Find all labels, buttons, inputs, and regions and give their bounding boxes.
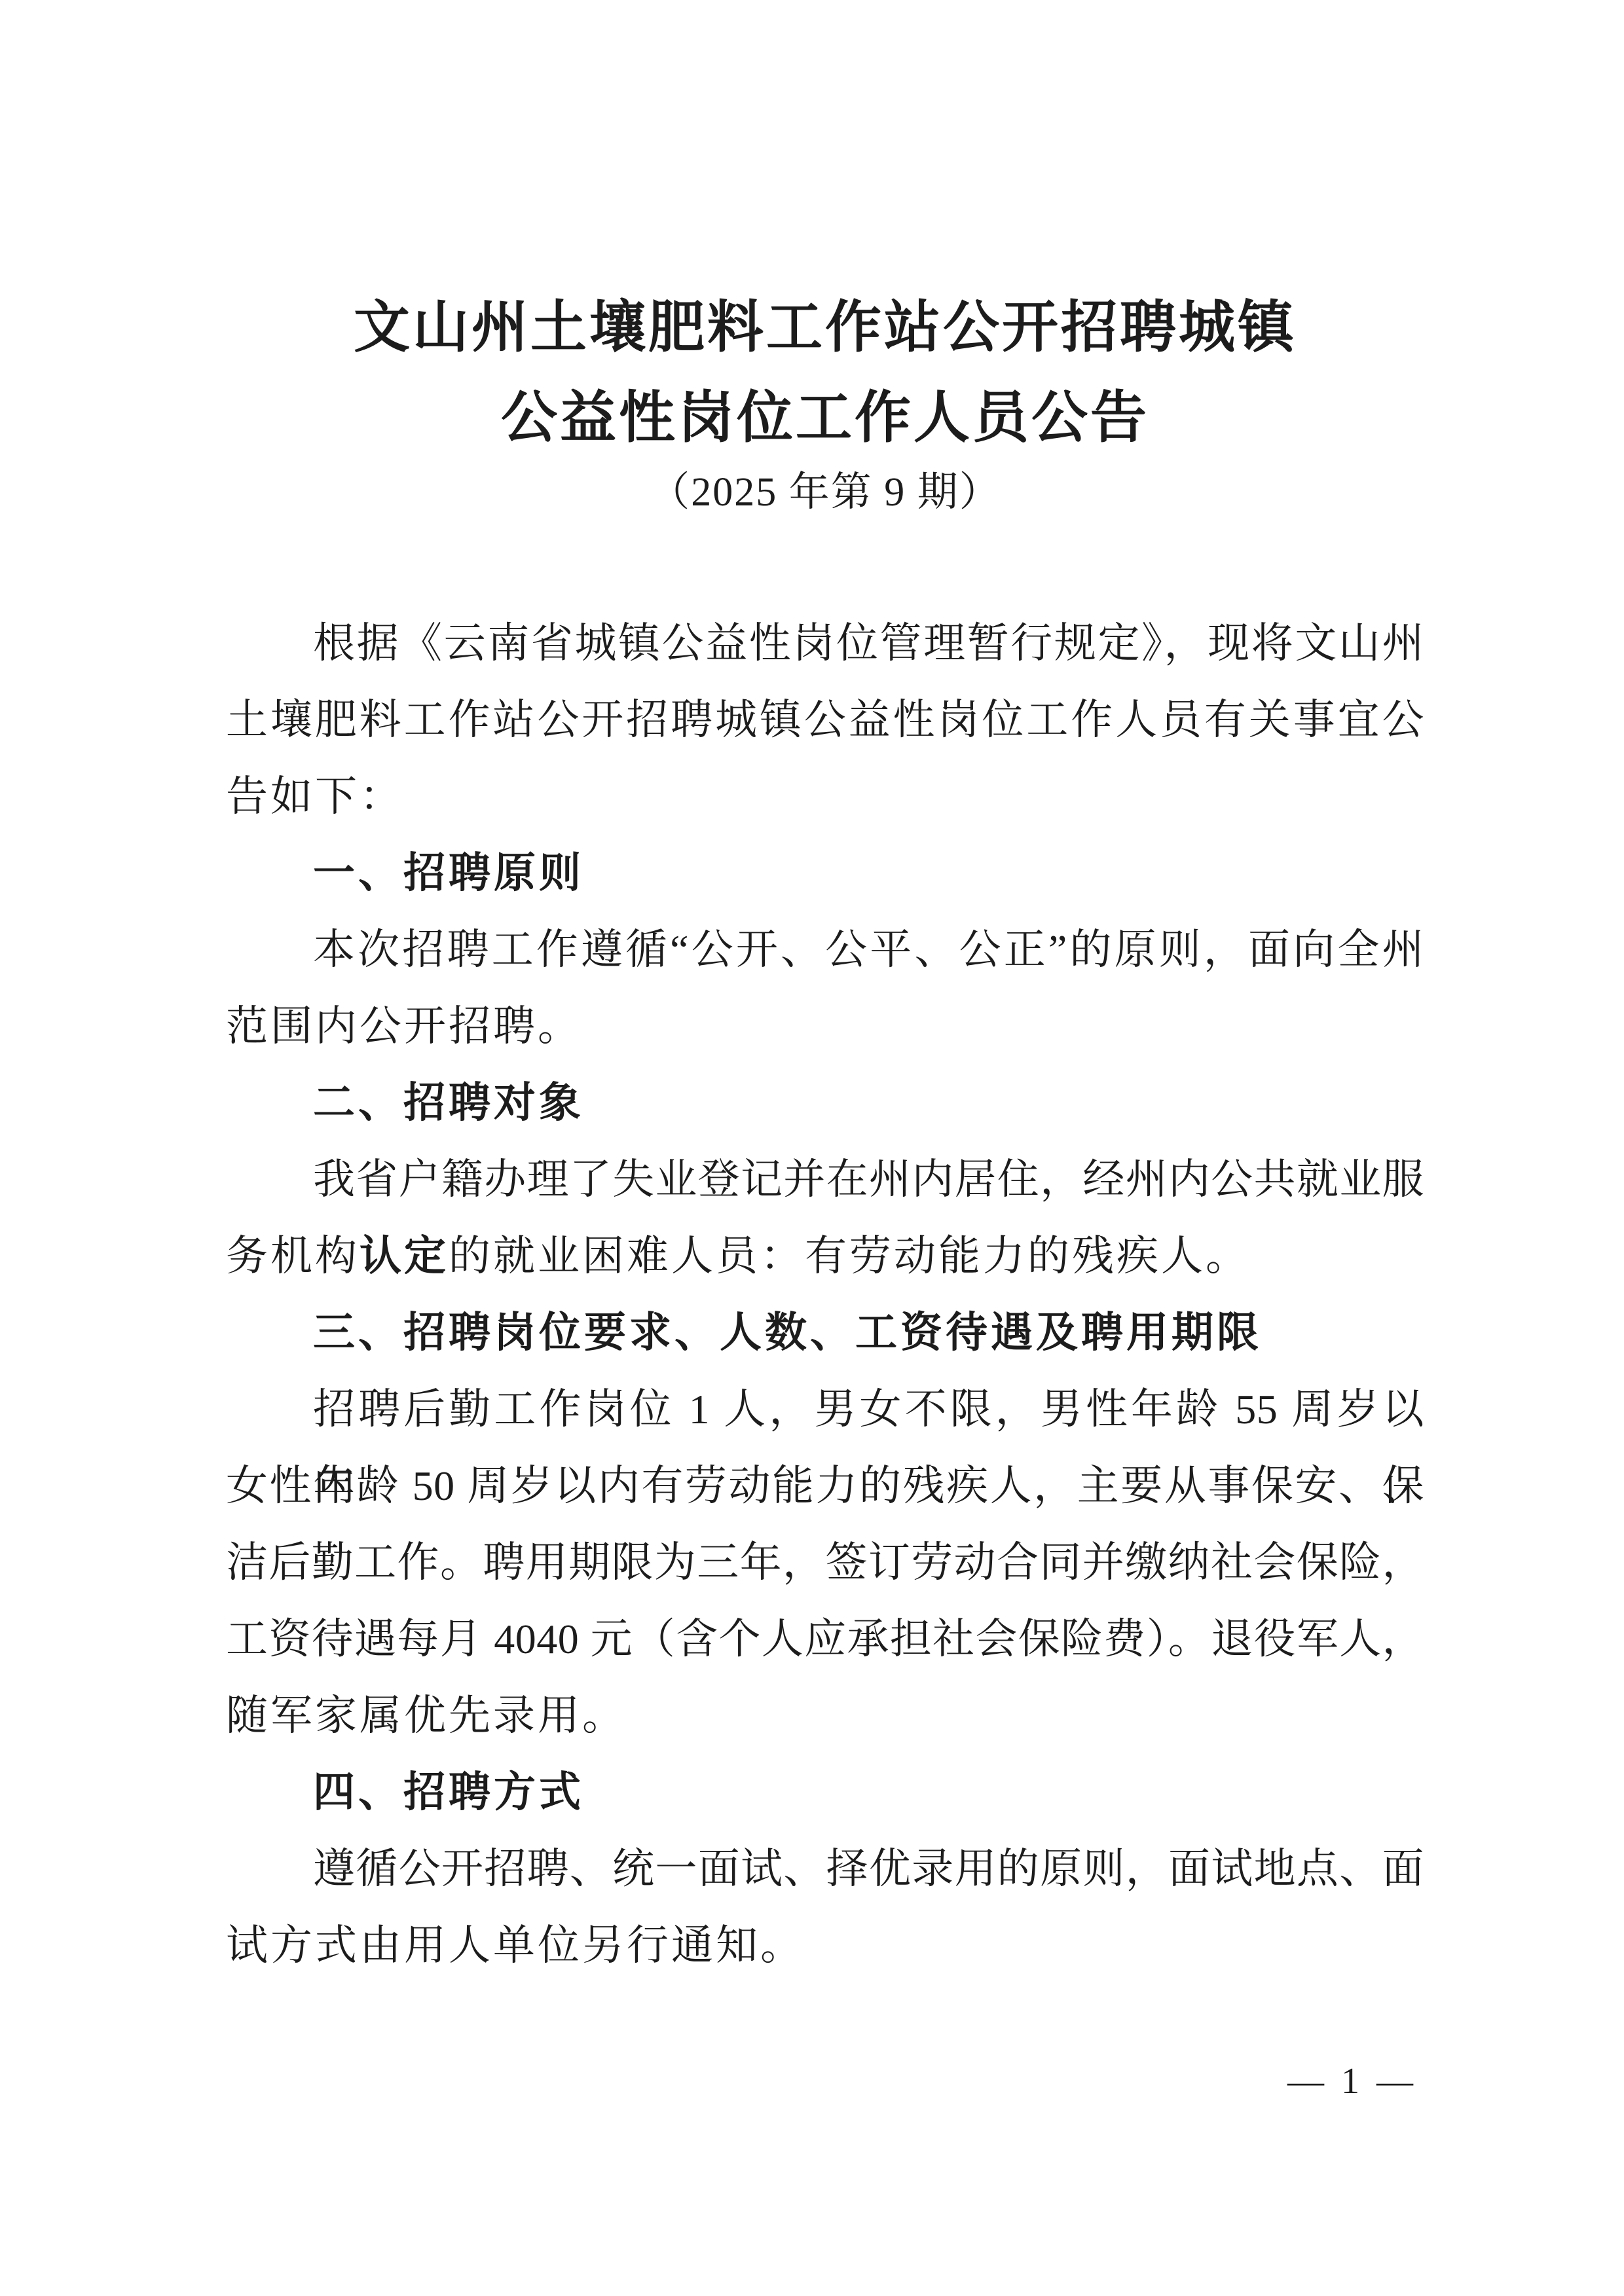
text-segment: 女性年龄 50 周岁以内有劳动能力的残疾人，主要从事保安、保 <box>226 1463 1424 1509</box>
para-method-line-1: 遵循公开招聘、统一面试、择优录用的原则，面试地点、面 <box>226 1831 1424 1907</box>
text-segment: 随军家属优先录用。 <box>226 1692 627 1739</box>
document-title-line-1: 文山州土壤肥料工作站公开招聘城镇 <box>226 295 1424 360</box>
text-segment: 务机构 <box>226 1233 360 1279</box>
text-segment: 工资待遇每月 4040 元（含个人应承担社会保险费）。退役军人， <box>226 1616 1424 1662</box>
text-segment: 二、招聘对象 <box>313 1079 584 1126</box>
para-target-line-2: 务机构认定的就业困难人员：有劳动能力的残疾人。 <box>226 1218 1424 1294</box>
document-page: 文山州土壤肥料工作站公开招聘城镇 公益性岗位工作人员公告 （2025 年第 9 … <box>0 0 1624 2296</box>
document-title-line-2: 公益性岗位工作人员公告 <box>226 385 1424 450</box>
para-principle-line-1: 本次招聘工作遵循“公开、公平、公正”的原则，面向全州 <box>226 911 1424 988</box>
para-post-line-5: 随军家属优先录用。 <box>226 1677 1424 1754</box>
text-segment: 试方式由用人单位另行通知。 <box>226 1922 805 1969</box>
bold-text-segment: 认定 <box>360 1232 449 1279</box>
para-post-line-1: 招聘后勤工作岗位 1 人，男女不限，男性年龄 55 周岁以内、 <box>226 1371 1424 1448</box>
para-intro-line-1: 根据《云南省城镇公益性岗位管理暂行规定》，现将文山州 <box>226 605 1424 682</box>
document-issue-number: （2025 年第 9 期） <box>226 466 1424 519</box>
text-segment: 本次招聘工作遵循“公开、公平、公正”的原则，面向全州 <box>313 926 1424 973</box>
text-segment: 遵循公开招聘、统一面试、择优录用的原则，面试地点、面 <box>313 1846 1424 1892</box>
text-segment: 范围内公开招聘。 <box>226 1003 582 1049</box>
para-intro-line-3: 告如下： <box>226 758 1424 835</box>
page-number: — 1 — <box>1257 2061 1447 2102</box>
section-heading-1: 一、招聘原则 <box>226 835 1424 911</box>
text-segment: 三、招聘岗位要求、人数、工资待遇及聘用期限 <box>313 1309 1262 1356</box>
para-method-line-2: 试方式由用人单位另行通知。 <box>226 1907 1424 1984</box>
text-segment: 土壤肥料工作站公开招聘城镇公益性岗位工作人员有关事宜公 <box>226 697 1424 743</box>
text-segment: 一、招聘原则 <box>313 849 584 896</box>
document-body: 根据《云南省城镇公益性岗位管理暂行规定》，现将文山州土壤肥料工作站公开招聘城镇公… <box>226 605 1424 1984</box>
section-heading-2: 二、招聘对象 <box>226 1065 1424 1141</box>
para-intro-line-2: 土壤肥料工作站公开招聘城镇公益性岗位工作人员有关事宜公 <box>226 682 1424 758</box>
section-heading-4: 四、招聘方式 <box>226 1754 1424 1831</box>
para-principle-line-2: 范围内公开招聘。 <box>226 988 1424 1065</box>
text-segment: 告如下： <box>226 773 404 820</box>
para-post-line-4: 工资待遇每月 4040 元（含个人应承担社会保险费）。退役军人， <box>226 1601 1424 1677</box>
text-segment: 我省户籍办理了失业登记并在州内居住，经州内公共就业服 <box>313 1156 1424 1203</box>
section-heading-3: 三、招聘岗位要求、人数、工资待遇及聘用期限 <box>226 1294 1424 1371</box>
text-segment: 根据《云南省城镇公益性岗位管理暂行规定》，现将文山州 <box>313 620 1424 666</box>
para-post-line-2: 女性年龄 50 周岁以内有劳动能力的残疾人，主要从事保安、保 <box>226 1448 1424 1524</box>
para-post-line-3: 洁后勤工作。聘用期限为三年，签订劳动合同并缴纳社会保险， <box>226 1524 1424 1601</box>
text-segment: 的就业困难人员：有劳动能力的残疾人。 <box>449 1233 1250 1279</box>
text-segment: 四、招聘方式 <box>313 1768 584 1815</box>
text-segment: 洁后勤工作。聘用期限为三年，签订劳动合同并缴纳社会保险， <box>226 1539 1424 1586</box>
para-target-line-1: 我省户籍办理了失业登记并在州内居住，经州内公共就业服 <box>226 1141 1424 1218</box>
